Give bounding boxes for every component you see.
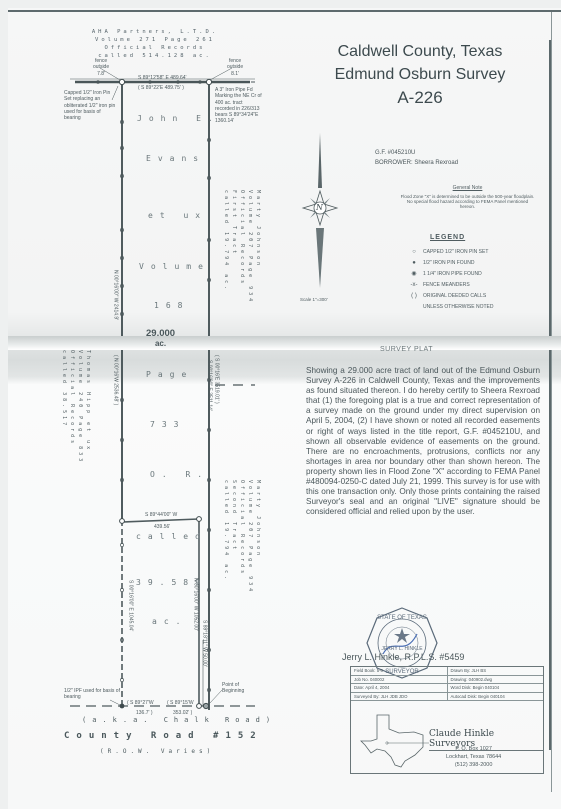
acreage-unit: ac.: [146, 339, 175, 348]
gf-number: G.F. #045210U: [375, 148, 458, 158]
owner-line: Marty Johnson: [254, 190, 262, 304]
drawn-by: Drawn By: JLH BS: [448, 667, 544, 675]
address-city: Lockhart, Texas 78644: [446, 753, 501, 761]
legend-label: 1/2" IRON PIN FOUND: [423, 260, 475, 266]
sw-east-bearing: S 89°18'11" W 50.00': [201, 620, 207, 667]
fence-right-2: outside: [227, 64, 243, 70]
legend-label: UNLESS OTHERWISE NOTED: [423, 304, 493, 310]
tract-word: O. R.: [150, 470, 209, 479]
pipe-found-icon: ◉: [405, 270, 423, 277]
legend-heading: LEGEND: [430, 234, 545, 241]
east-deed-call: ( S 00°16'E 3519.01' ): [213, 355, 219, 404]
sw-inner-bearing: N 00°16'00" W 1052.00': [192, 578, 198, 631]
owner-line: called 38.517: [60, 350, 68, 464]
title-block-row: Job No. 040002Drawing: 040902.dwg: [351, 676, 543, 685]
filled-dot-icon: ●: [405, 260, 423, 266]
owner-line: Second Tract: [230, 480, 238, 594]
south-call-1: ( S 89°27'W: [127, 700, 154, 706]
title-survey: Edmund Osburn Survey: [300, 63, 540, 86]
legend-item: -x-FENCE MEANDERS: [405, 279, 545, 290]
survey-date: Date: April 4, 2004: [351, 684, 448, 692]
north-owner-name: AHA Partners, L.T.D.: [75, 28, 235, 36]
inner-bearing: S 89°44'00" W: [145, 512, 177, 518]
title-block-row: Date: April 4, 2004Word Disk: Begin 0401…: [351, 684, 543, 693]
title-abstract: A-226: [300, 86, 540, 110]
surveyor-signature: Jerry L. Hinkle, R.P.L.S. #5459: [342, 652, 464, 662]
legend: LEGEND ○CAPPED 1/2" IRON PIN SET ●1/2" I…: [405, 234, 545, 312]
point-of-beginning-note: Point of Beginning: [222, 682, 252, 695]
fence-note-right: fence outside 8.1': [227, 58, 243, 77]
owner-line: Volume 207 Page 934: [246, 190, 254, 304]
sw-west-bearing: S 00°16'00" E 1045.04': [127, 580, 133, 631]
title-block: Field Book: 5-6Drawn By: JLH BS Job No. …: [350, 666, 544, 774]
basis-of-bearing-note: 1/2" IPF used for basis of bearing: [64, 688, 124, 701]
legend-item: ◉1 1/4" IRON PIPE FOUND: [405, 268, 545, 279]
address-po-box: P. O. Box 1027: [446, 745, 501, 753]
fence-right-3: 8.1': [227, 71, 243, 77]
owner-line: Volume 240 Page 833: [76, 350, 84, 464]
fence-left-3: 7.8': [93, 71, 109, 77]
owner-line: Official Records: [238, 190, 246, 304]
tract-word: called: [136, 532, 207, 541]
title-county: Caldwell County, Texas: [300, 40, 540, 63]
legend-item: ○CAPPED 1/2" IRON PIN SET: [405, 246, 545, 257]
legend-label: CAPPED 1/2" IRON PIN SET: [423, 249, 488, 255]
word-disk: Word Disk: Begin 040104: [448, 684, 544, 692]
south-call-2: ( S 89°15'W: [167, 700, 194, 706]
open-circle-icon: ○: [405, 249, 423, 255]
legend-label: 1 1/4" IRON PIPE FOUND: [423, 271, 482, 277]
tract-word: 168: [154, 301, 189, 310]
surveyed-by: Surveyed By: JLH JDB JDO: [351, 693, 448, 701]
owner-line: Thomas Hipp et ux: [84, 350, 92, 464]
road-row: (R.O.W. Varies): [100, 748, 214, 755]
east-owner-first-tract: Marty Johnson Volume 207 Page 934 Offici…: [222, 190, 262, 304]
owner-line: Marty Johnson: [254, 480, 262, 594]
tract-word: Volume: [139, 262, 210, 271]
fence-note-left: fence outside 7.8': [93, 58, 109, 77]
legend-item: UNLESS OTHERWISE NOTED: [405, 301, 545, 312]
scale-label: Scale 1"=300': [300, 297, 328, 302]
drawing-file: Drawing: 040902.dwg: [448, 676, 544, 684]
owner-line: Official Records: [68, 350, 76, 464]
company-block: Claude Hinkle Surveyors P. O. Box 1027 L…: [351, 701, 543, 773]
ne-corner-note: A 3" Iron Pipe Fd Marking the NE Cr of 4…: [215, 87, 263, 125]
north-bearing: S 89°12'58" E 489.64': [138, 75, 187, 81]
west-deed-call: ( N 00°16'W 2536.48' ): [112, 355, 118, 405]
field-book: Field Book: 5-6: [351, 667, 448, 675]
acreage-value: 29.000: [146, 328, 175, 339]
title-block-row: Field Book: 5-6Drawn By: JLH BS: [351, 667, 543, 676]
east-owner-second-tract: Marty Johnson Volume 207 Page 934 Offici…: [222, 480, 262, 594]
borrower: BORROWER: Sheera Rexroad: [375, 158, 458, 168]
owner-line: called 19.794 ac.: [222, 190, 230, 304]
acreage-label: 29.000 ac.: [146, 328, 175, 348]
texas-map-icon: [359, 713, 429, 768]
road-name: County Road #152: [64, 731, 263, 741]
general-note: General Note Flood Zone "X" is determine…: [400, 186, 535, 209]
north-deed-call: ( S 89°22'E 489.75' ): [138, 85, 184, 91]
document-title: Caldwell County, Texas Edmund Osburn Sur…: [300, 40, 540, 110]
title-block-row: Surveyed By: JLH JDB JDOAutocad Disk: Be…: [351, 693, 543, 702]
owner-line: First Tract: [230, 190, 238, 304]
north-owner-volume: Volume 271 Page 261: [75, 36, 235, 44]
legend-label: FENCE MEANDERS: [423, 282, 470, 288]
legend-item: ●1/2" IRON PIN FOUND: [405, 257, 545, 268]
west-owner: Thomas Hipp et ux Volume 240 Page 833 Of…: [60, 350, 92, 464]
west-bearing: N 00°16'00" W 2414.9': [112, 270, 118, 320]
legend-label: ORIGINAL DEEDED CALLS: [423, 293, 486, 299]
company-address: P. O. Box 1027 Lockhart, Texas 78644 (51…: [446, 745, 501, 769]
fence-left-2: outside: [93, 64, 109, 70]
paren-icon: ( ): [405, 293, 423, 299]
owner-line: Official Records: [238, 480, 246, 594]
legend-item: ( )ORIGINAL DEEDED CALLS: [405, 290, 545, 301]
owner-line: Volume 207 Page 934: [246, 480, 254, 594]
general-note-text: Flood Zone "X" is determined to be outsi…: [401, 194, 535, 209]
certification-text: Showing a 29.000 acre tract of land out …: [306, 366, 540, 517]
north-adjoiner: AHA Partners, L.T.D. Volume 271 Page 261…: [75, 28, 235, 60]
tract-word: Evans: [146, 154, 205, 163]
fence-icon: -x-: [405, 282, 423, 288]
tract-word: John E.: [137, 114, 220, 123]
owner-line: called 19.794 ac.: [222, 480, 230, 594]
inner-distance: 439.56': [154, 524, 170, 530]
tract-word: 733: [150, 420, 185, 429]
general-note-heading: General Note: [400, 186, 535, 191]
east-bearing: S 00°16'00" E 3511.14': [206, 360, 212, 411]
road-aka: (a.k.a. Chalk Road): [82, 716, 276, 724]
tract-word: et ux: [148, 211, 207, 220]
address-phone: (512) 398-2000: [446, 761, 501, 769]
nw-corner-note: Capped 1/2" Iron Pin Set replacing an ob…: [64, 90, 116, 121]
survey-plat-heading: SURVEY PLAT: [380, 346, 433, 353]
autocad-disk: Autocad Disk: Begin 040104: [448, 693, 544, 701]
north-owner-records: Official Records: [75, 44, 235, 52]
tract-word: Page: [146, 370, 193, 379]
tract-word: ac.: [152, 617, 187, 626]
compass-north-letter: N: [316, 203, 323, 212]
job-number: Job No. 040002: [351, 676, 448, 684]
gf-block: G.F. #045210U BORROWER: Sheera Rexroad: [375, 148, 458, 168]
svg-text:STATE OF TEXAS: STATE OF TEXAS: [377, 615, 427, 621]
paper-fold: [8, 336, 561, 350]
